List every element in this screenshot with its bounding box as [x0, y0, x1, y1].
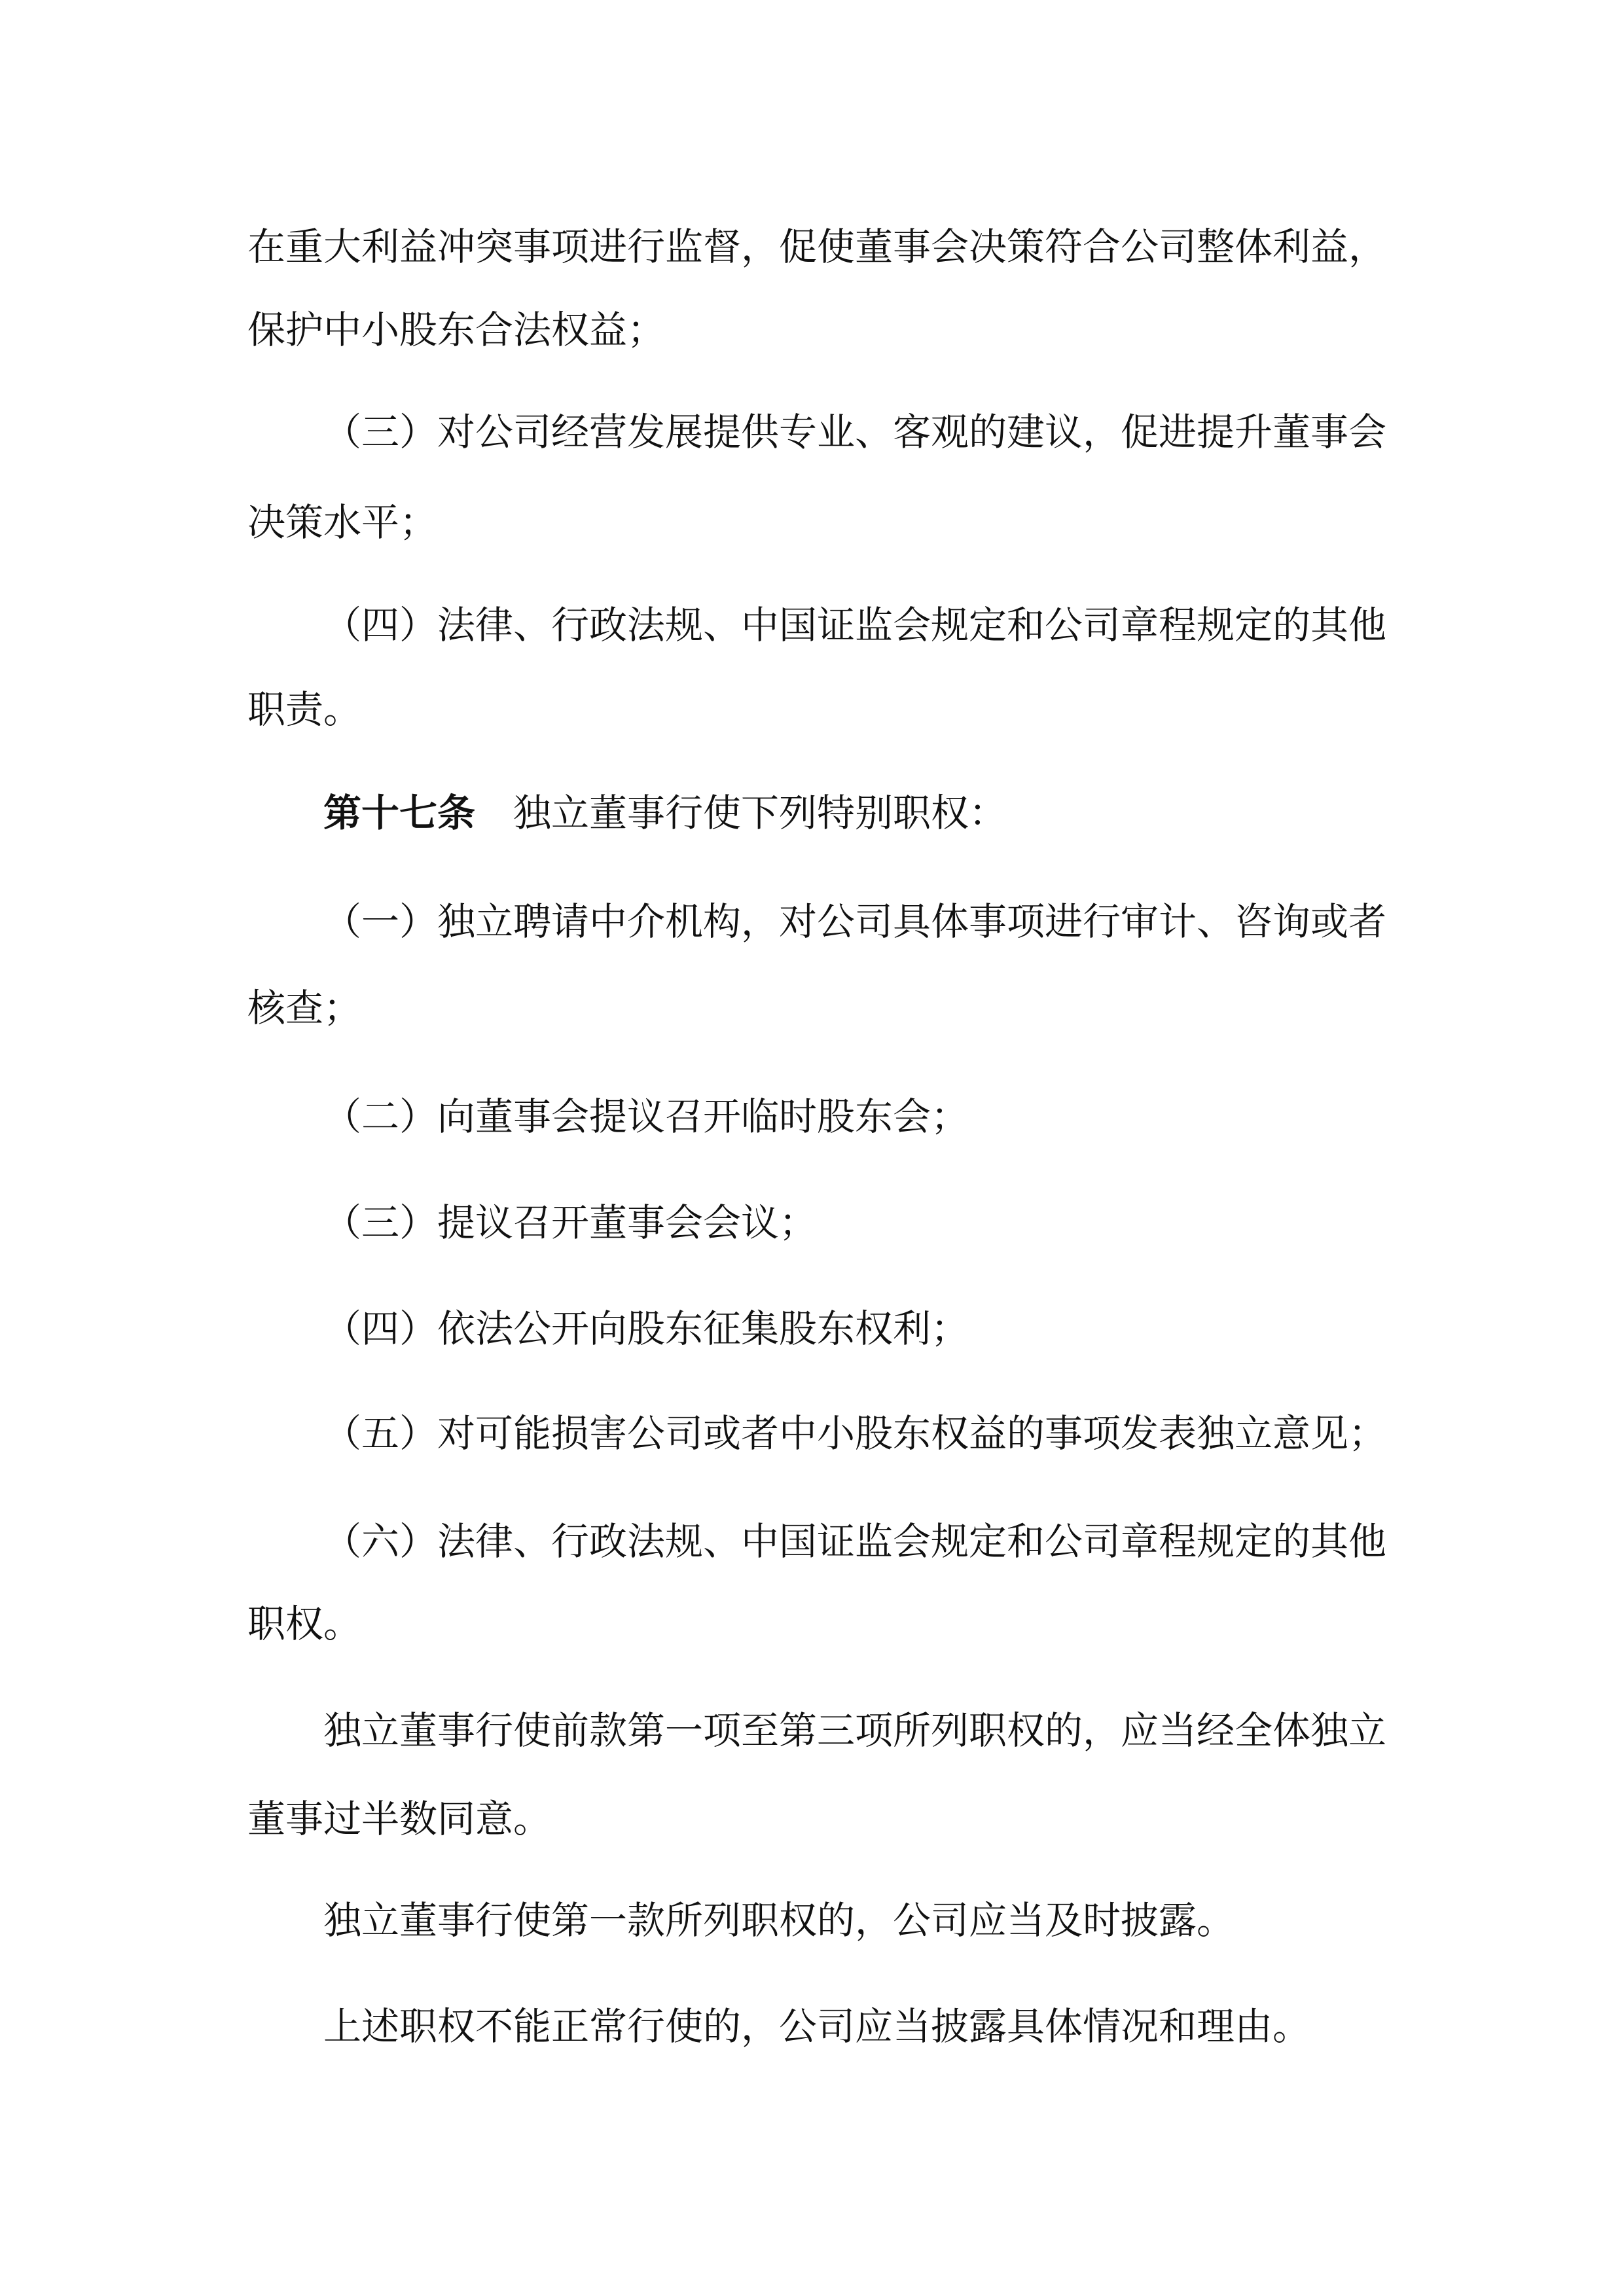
text-line: 董事过半数同意。 — [247, 1796, 1378, 1842]
list-item-4: （四）法律、行政法规、中国证监会规定和公司章程规定的其他 — [323, 602, 1378, 648]
paragraph: 独立董事行使前款第一项至第三项所列职权的，应当经全体独立 — [323, 1708, 1378, 1753]
article-17-title: 第十七条独立董事行使下列特别职权： — [323, 790, 1378, 836]
article-intro: 独立董事行使下列特别职权： — [513, 791, 1007, 835]
list-item-5: （五）对可能损害公司或者中小股东权益的事项发表独立意见； — [323, 1410, 1378, 1456]
list-item-3: （三）对公司经营发展提供专业、客观的建议，促进提升董事会 — [323, 409, 1378, 455]
list-item-6: （六）法律、行政法规、中国证监会规定和公司章程规定的其他 — [323, 1518, 1378, 1564]
paragraph: 独立董事行使第一款所列职权的，公司应当及时披露。 — [323, 1897, 1378, 1943]
text-line: 保护中小股东合法权益； — [247, 307, 1378, 353]
list-item-3: （三）提议召开董事会会议； — [323, 1200, 1378, 1246]
article-heading: 第十七条 — [323, 791, 475, 835]
text-line: 核查； — [247, 985, 1378, 1031]
list-item-1: （一）独立聘请中介机构，对公司具体事项进行审计、咨询或者 — [323, 899, 1378, 944]
paragraph: 上述职权不能正常行使的，公司应当披露具体情况和理由。 — [323, 2003, 1378, 2049]
document-page: 在重大利益冲突事项进行监督，促使董事会决策符合公司整体利益， 保护中小股东合法权… — [0, 0, 1624, 2296]
text-line: 决策水平； — [247, 499, 1378, 545]
text-line: 在重大利益冲突事项进行监督，促使董事会决策符合公司整体利益， — [247, 224, 1378, 270]
text-line: 职责。 — [247, 687, 1378, 732]
text-line: 职权。 — [247, 1601, 1378, 1647]
list-item-2: （二）向董事会提议召开临时股东会； — [323, 1094, 1378, 1139]
list-item-4: （四）依法公开向股东征集股东权利； — [323, 1306, 1378, 1352]
